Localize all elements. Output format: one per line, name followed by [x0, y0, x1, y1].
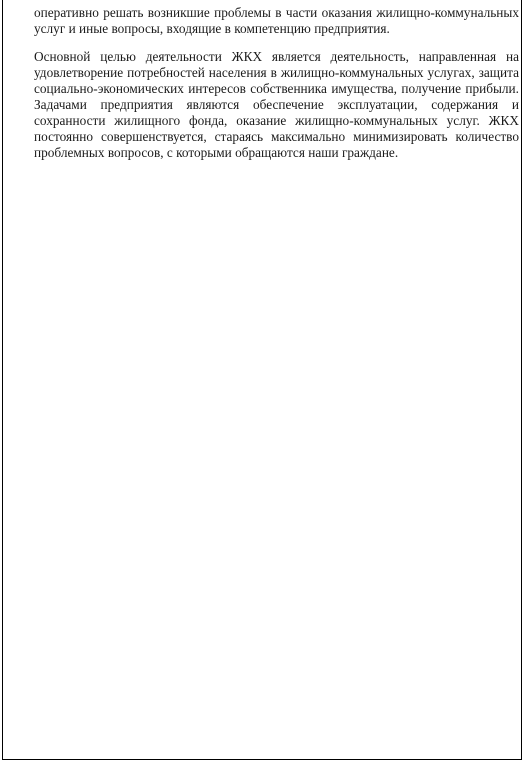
paragraph-continuation: оперативно решать возникшие проблемы в ч…: [34, 5, 519, 37]
paragraph-main-goal: Основной целью деятельности ЖКХ является…: [34, 49, 519, 161]
document-page: оперативно решать возникшие проблемы в ч…: [2, 0, 522, 760]
page-content: оперативно решать возникшие проблемы в ч…: [34, 5, 519, 161]
